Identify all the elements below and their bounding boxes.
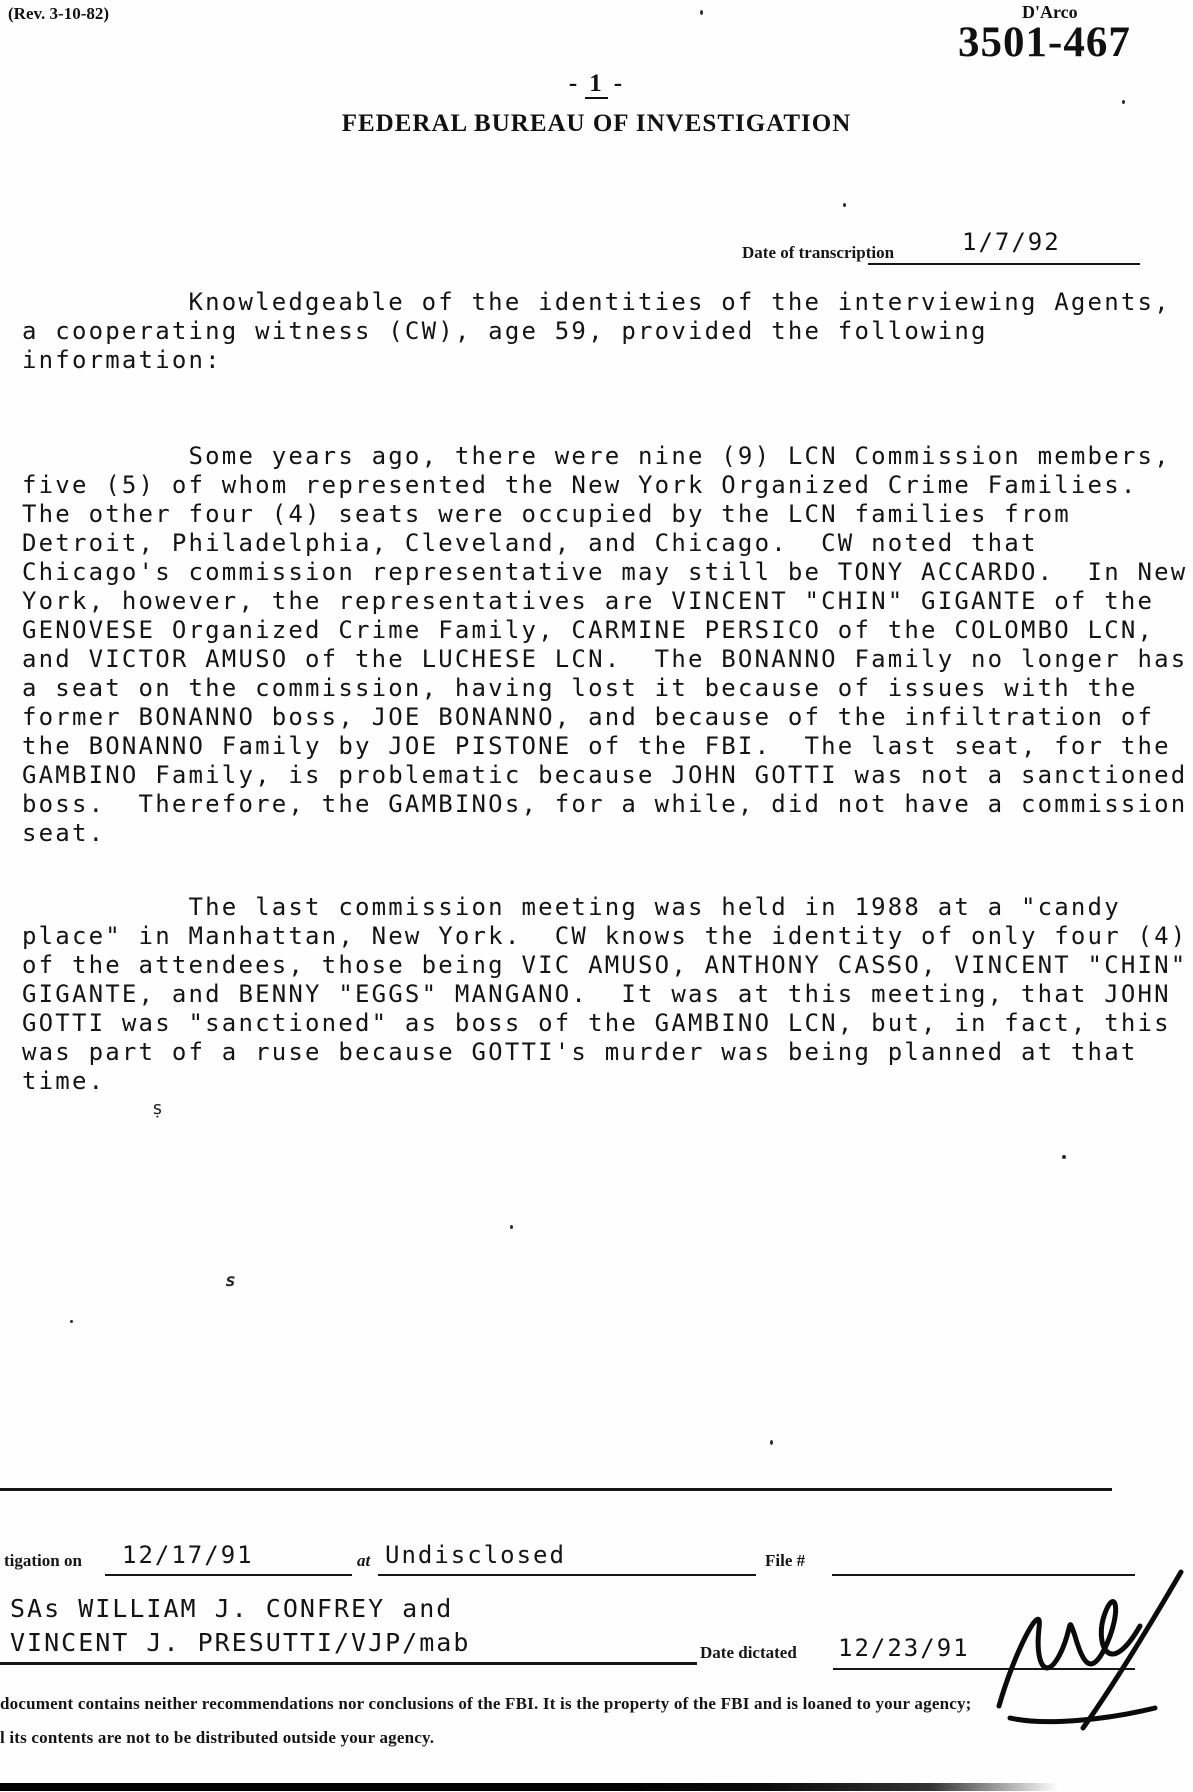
investigation-date-value: 12/17/91 bbox=[122, 1541, 254, 1569]
agents-line-1: SAs WILLIAM J. CONFREY and bbox=[10, 1594, 453, 1623]
signature bbox=[985, 1568, 1193, 1733]
page-dash-right: - bbox=[614, 70, 624, 97]
paragraph-last-meeting: The last commission meeting was held in … bbox=[22, 893, 1187, 1096]
at-label: at bbox=[357, 1551, 370, 1571]
scan-stray-mark: s bbox=[225, 1270, 236, 1291]
page-digit: 1 bbox=[585, 70, 608, 99]
page-number: -1- bbox=[0, 70, 1193, 98]
scan-edge-artifact-bar bbox=[0, 1783, 1058, 1791]
location-value: Undisclosed bbox=[385, 1541, 566, 1569]
scan-speck bbox=[700, 10, 703, 15]
investigation-on-label: tigation on bbox=[4, 1551, 82, 1571]
scan-speck bbox=[510, 1225, 513, 1229]
scan-speck bbox=[888, 960, 891, 966]
transcription-date-underline bbox=[868, 263, 1140, 265]
agents-underline bbox=[0, 1662, 697, 1665]
scan-stray-mark: ṣ bbox=[152, 1098, 163, 1119]
location-underline bbox=[378, 1574, 756, 1576]
scan-speck bbox=[843, 203, 846, 207]
scan-speck bbox=[70, 1320, 73, 1323]
file-number-label: File # bbox=[765, 1551, 805, 1571]
page-dash-left: - bbox=[569, 70, 579, 97]
scan-speck bbox=[1062, 1155, 1066, 1159]
document-number: 3501-467 bbox=[958, 18, 1188, 67]
investigation-date-underline bbox=[105, 1574, 352, 1576]
date-dictated-value: 12/23/91 bbox=[838, 1634, 970, 1662]
form-revision-label: (Rev. 3-10-82) bbox=[8, 4, 109, 24]
disclaimer-line-2: l its contents are not to be distributed… bbox=[0, 1728, 434, 1748]
fd302-document-page: (Rev. 3-10-82) D'Arco 3501-467 -1- FEDER… bbox=[0, 0, 1193, 1792]
page-title: FEDERAL BUREAU OF INVESTIGATION bbox=[0, 110, 1193, 138]
disclaimer-line-1: document contains neither recommendation… bbox=[0, 1694, 972, 1714]
date-of-transcription-label: Date of transcription bbox=[742, 243, 894, 263]
agents-line-2: VINCENT J. PRESUTTI/VJP/mab bbox=[10, 1628, 470, 1657]
footer-separator-rule bbox=[0, 1488, 1112, 1491]
date-of-transcription-value: 1/7/92 bbox=[962, 228, 1061, 256]
paragraph-commission-members: Some years ago, there were nine (9) LCN … bbox=[22, 442, 1187, 848]
paragraph-intro: Knowledgeable of the identities of the i… bbox=[22, 288, 1171, 375]
scan-speck bbox=[770, 1440, 773, 1445]
date-dictated-label: Date dictated bbox=[700, 1643, 797, 1663]
scan-speck bbox=[1122, 100, 1125, 104]
